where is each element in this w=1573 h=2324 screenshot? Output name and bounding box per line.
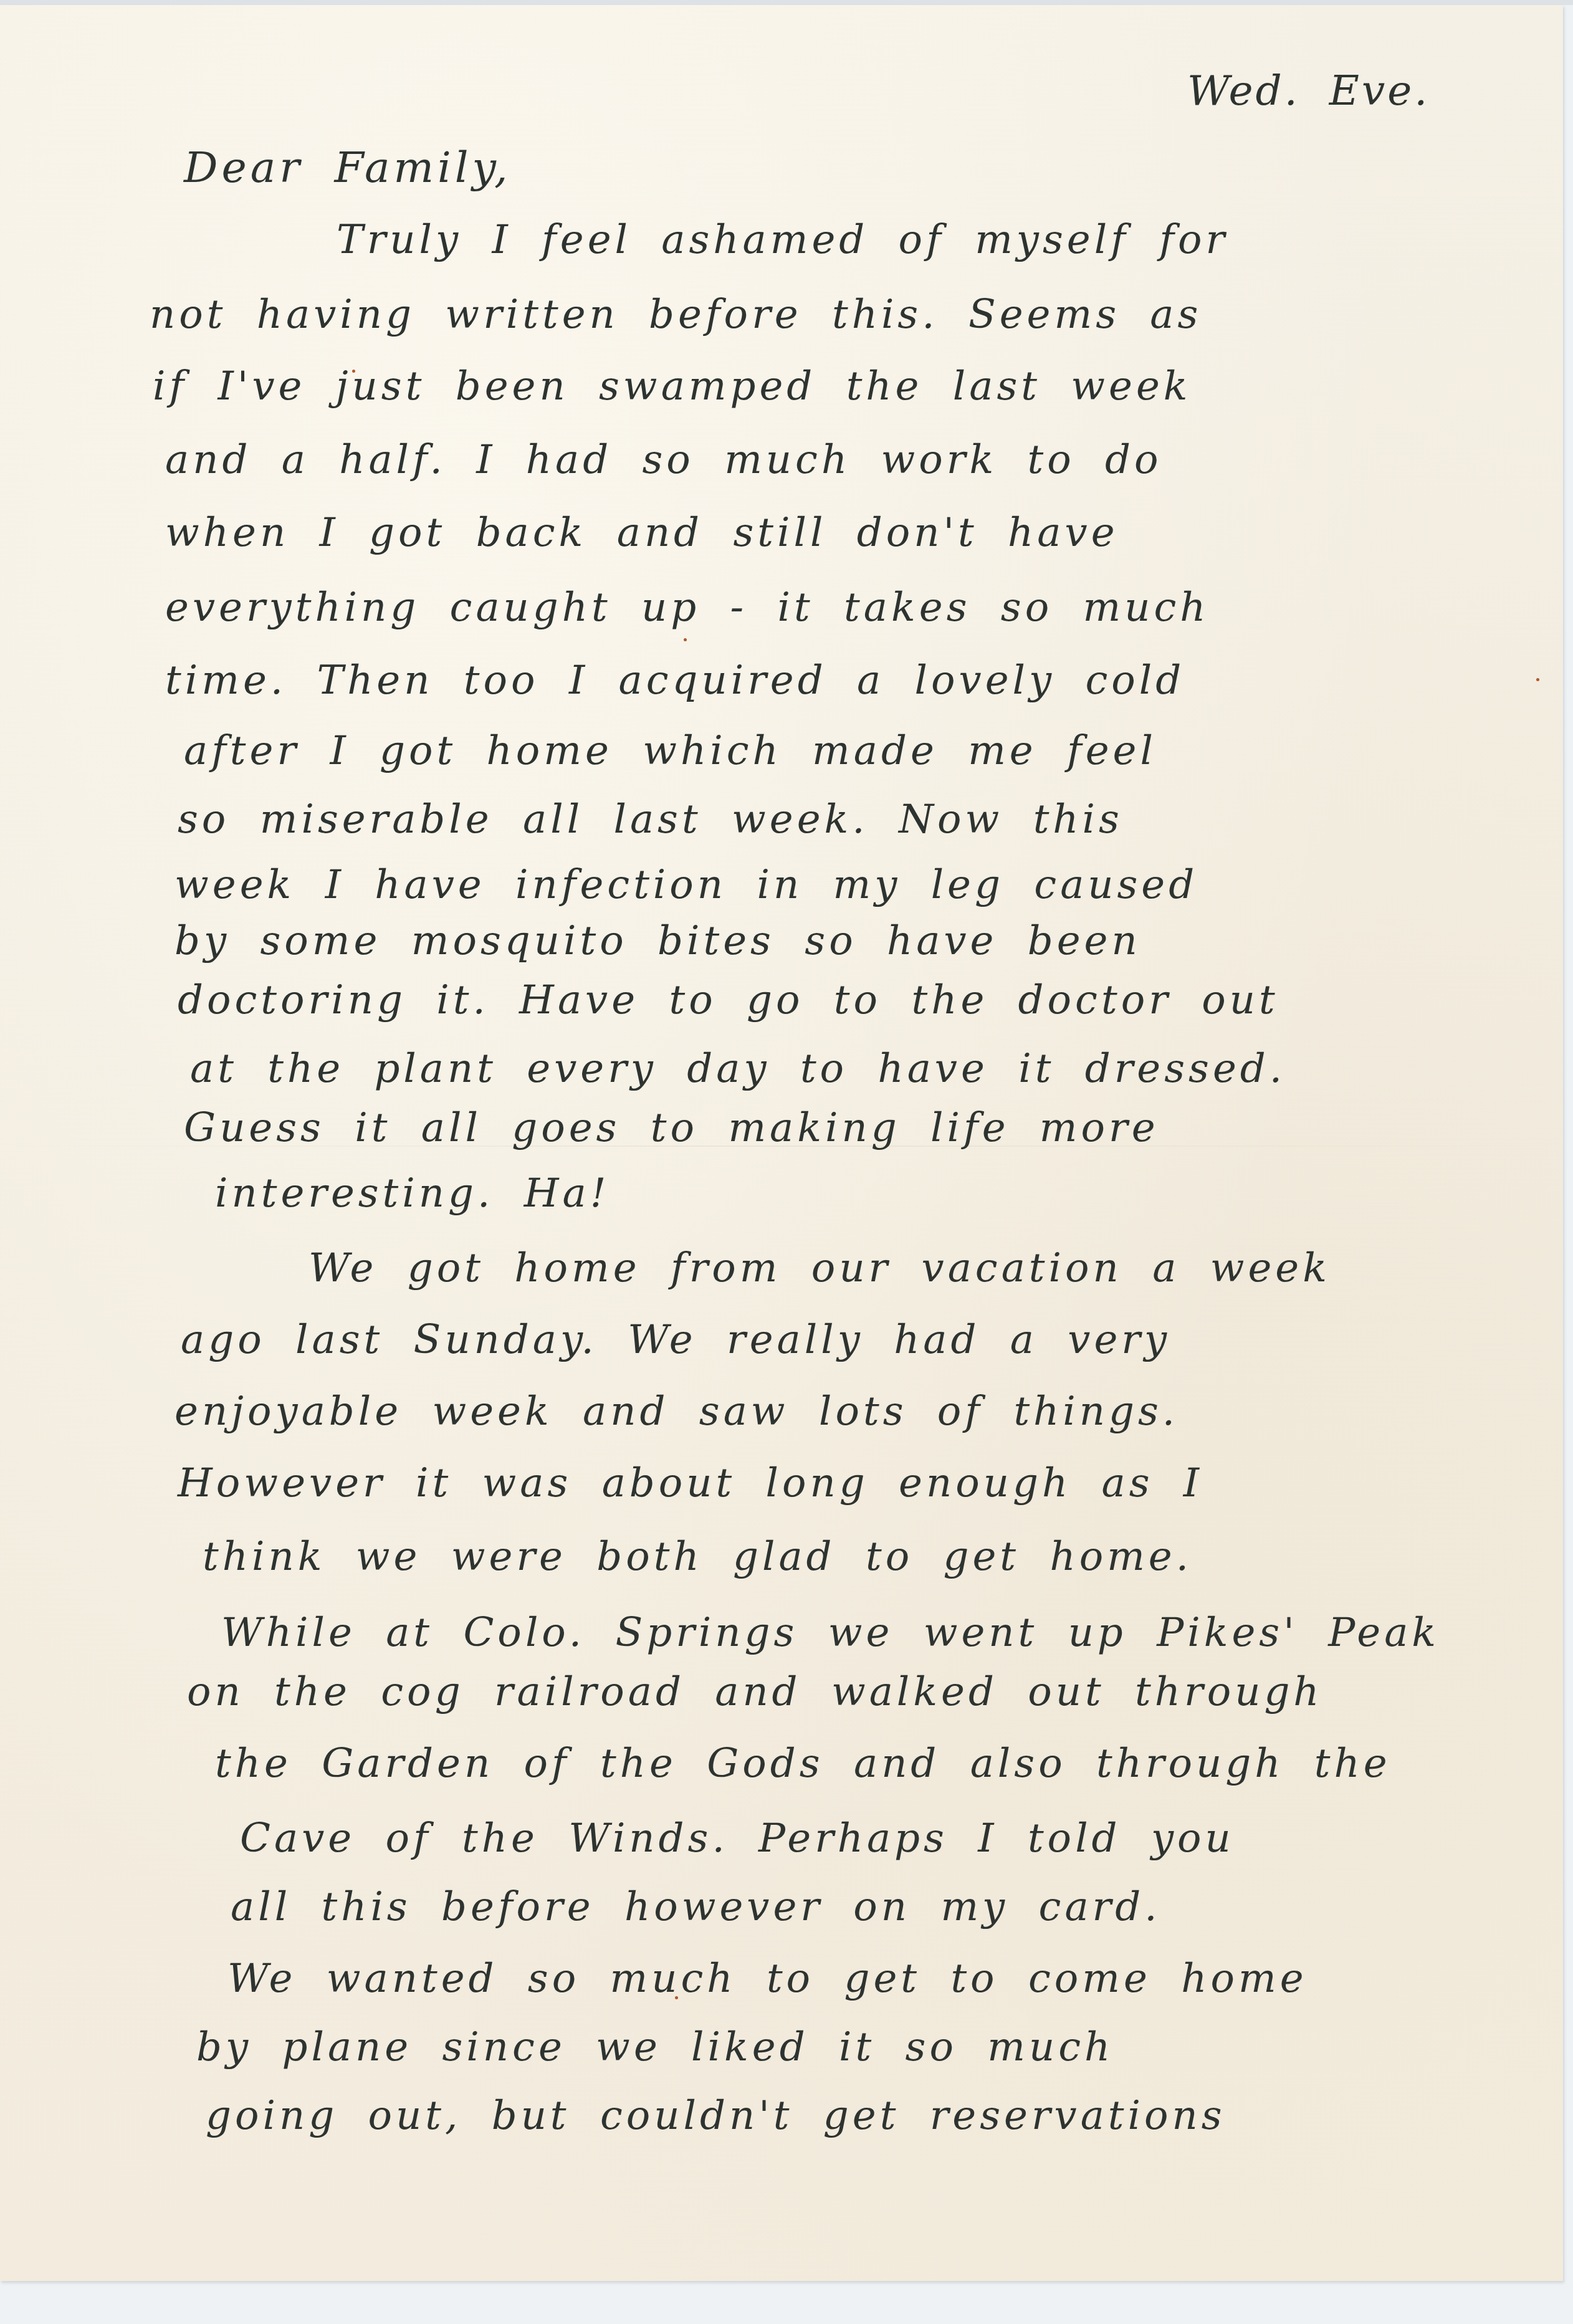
letter-line: when I got back and still don't have: [165, 513, 1119, 553]
paper-speck: [352, 370, 355, 373]
letter-date: Wed. Eve.: [1187, 70, 1430, 112]
letter-page: Wed. Eve. Dear Family, Truly I feel asha…: [0, 5, 1563, 2281]
letter-line: and a half. I had so much work to do: [165, 440, 1162, 480]
letter-line: after I got home which made me feel: [184, 731, 1157, 771]
scan-border-top: [0, 0, 1573, 5]
letter-line: think we were both glad to get home.: [203, 1537, 1192, 1577]
letter-line: by plane since we liked it so much: [196, 2027, 1114, 2067]
letter-line: on the cog railroad and walked out throu…: [187, 1672, 1323, 1712]
letter-line: While at Colo. Springs we went up Pikes'…: [221, 1613, 1440, 1653]
letter-line: not having written before this. Seems as: [150, 295, 1202, 335]
letter-line: enjoyable week and saw lots of things.: [175, 1392, 1179, 1432]
letter-salutation: Dear Family,: [184, 147, 512, 189]
letter-line: all this before however on my card.: [231, 1887, 1160, 1927]
letter-line: However it was about long enough as I: [178, 1463, 1203, 1503]
letter-line: the Garden of the Gods and also through …: [215, 1744, 1391, 1784]
letter-line: going out, but couldn't get reservations: [206, 2096, 1226, 2136]
letter-line: doctoring it. Have to go to the doctor o…: [178, 980, 1279, 1020]
letter-line: if I've just been swamped the last week: [153, 366, 1192, 406]
paper-speck: [675, 1996, 678, 1999]
letter-line: everything caught up - it takes so much: [165, 588, 1210, 628]
letter-line: interesting. Ha!: [215, 1174, 610, 1213]
letter-line: at the plant every day to have it dresse…: [190, 1049, 1286, 1089]
letter-line: ago last Sunday. We really had a very: [181, 1320, 1170, 1360]
paper-speck: [684, 638, 687, 641]
letter-line: by some mosquito bites so have been: [175, 921, 1141, 961]
letter-line: time. Then too I acquired a lovely cold: [165, 661, 1185, 701]
letter-line: Cave of the Winds. Perhaps I told you: [240, 1819, 1235, 1858]
letter-line: week I have infection in my leg caused: [175, 865, 1198, 905]
letter-line: We wanted so much to get to come home: [227, 1959, 1308, 1999]
letter-line: Guess it all goes to making life more: [184, 1108, 1159, 1148]
paper-speck: [1536, 678, 1539, 681]
letter-line: We got home from our vacation a week: [308, 1248, 1331, 1288]
letter-line: so miserable all last week. Now this: [178, 800, 1123, 839]
letter-line: Truly I feel ashamed of myself for: [337, 220, 1458, 260]
